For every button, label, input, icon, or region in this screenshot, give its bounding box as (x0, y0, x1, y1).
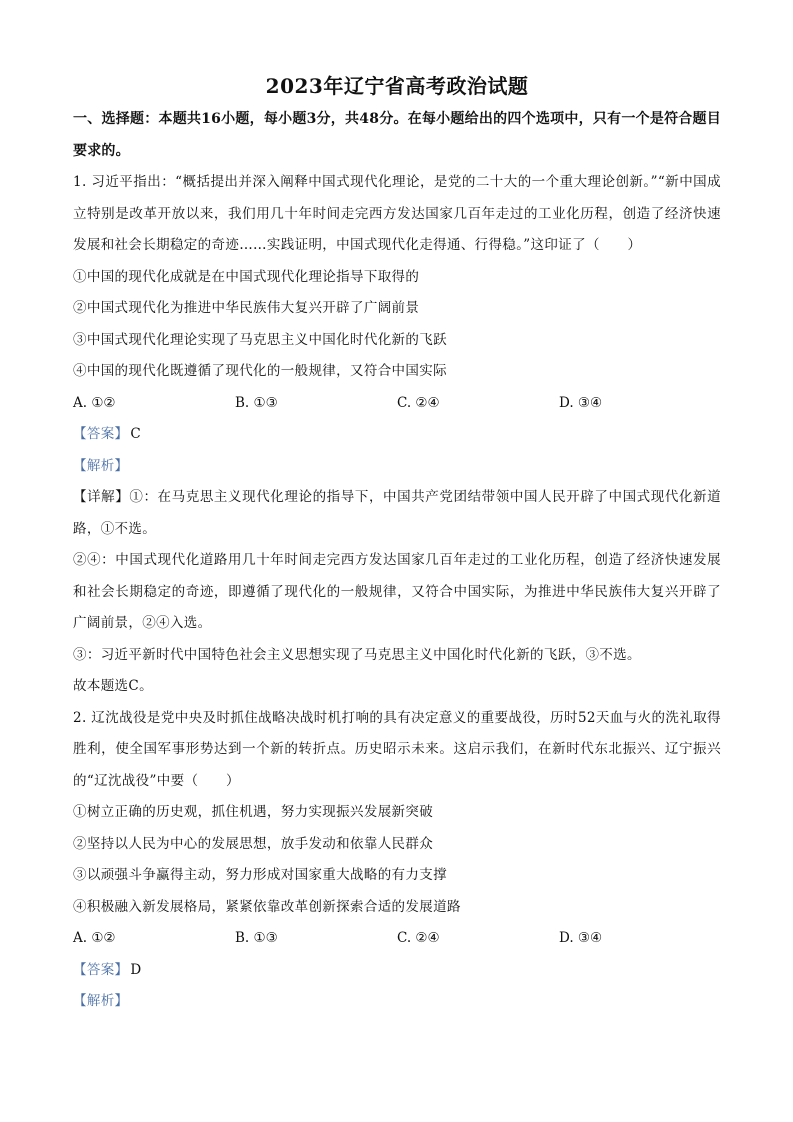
detail-text: ①：在马克思主义现代化理论的指导下，中国共产党团结带领中国人民开辟了中国式现代化… (73, 489, 721, 537)
statement: ④中国的现代化既遵循了现代化的一般规律，又符合中国实际 (73, 356, 721, 388)
question-number: 1. (73, 174, 87, 190)
question-1: 1. 习近平指出：“概括提出并深入阐释中国式现代化理论，是党的二十大的一个重大理… (73, 167, 721, 703)
detail-paragraph: 【详解】①：在马克思主义现代化理论的指导下，中国共产党团结带领中国人民开辟了中国… (73, 482, 721, 545)
page-content: 2023年辽宁省高考政治试题 一、选择题：本题共16小题，每小题3分，共48分。… (73, 72, 721, 1018)
answer-value: C (130, 426, 141, 442)
section-heading: 一、选择题：本题共16小题，每小题3分，共48分。在每小题给出的四个选项中，只有… (73, 104, 721, 167)
detail-paragraph: ③：习近平新时代中国特色社会主义思想实现了马克思主义中国化时代化新的飞跃，③不选… (73, 640, 721, 672)
analysis-line: 【解析】 (73, 986, 721, 1018)
page-title: 2023年辽宁省高考政治试题 (73, 72, 721, 102)
answer-line: 【答案】D (73, 955, 721, 987)
answer-value: D (130, 962, 141, 978)
option-b: B. ①③ (235, 923, 397, 955)
statement: ③中国式现代化理论实现了马克思主义中国化时代化新的飞跃 (73, 325, 721, 357)
question-stem: 1. 习近平指出：“概括提出并深入阐释中国式现代化理论，是党的二十大的一个重大理… (73, 167, 721, 262)
statement: ③以顽强斗争赢得主动，努力形成对国家重大战略的有力支撑 (73, 860, 721, 892)
question-number: 2. (73, 710, 87, 726)
statement: ①中国的现代化成就是在中国式现代化理论指导下取得的 (73, 262, 721, 294)
question-stem: 2. 辽沈战役是党中央及时抓住战略决战时机打响的具有决定意义的重要战役，历时52… (73, 703, 721, 798)
analysis-label: 【解析】 (73, 993, 128, 1009)
analysis-line: 【解析】 (73, 451, 721, 483)
detail-conclusion: 故本题选C。 (73, 671, 721, 703)
statement: ②坚持以人民为中心的发展思想，放手发动和依靠人民群众 (73, 829, 721, 861)
options-row: A. ①② B. ①③ C. ②④ D. ③④ (73, 388, 721, 420)
answer-line: 【答案】C (73, 419, 721, 451)
option-a: A. ①② (73, 388, 235, 420)
option-b: B. ①③ (235, 388, 397, 420)
options-row: A. ①② B. ①③ C. ②④ D. ③④ (73, 923, 721, 955)
option-d: D. ③④ (559, 388, 721, 420)
question-stem-text: 辽沈战役是党中央及时抓住战略决战时机打响的具有决定意义的重要战役，历时52天血与… (73, 710, 721, 789)
document-page: 2023年辽宁省高考政治试题 一、选择题：本题共16小题，每小题3分，共48分。… (0, 0, 793, 1122)
option-c: C. ②④ (397, 388, 559, 420)
detail-label: 【详解】 (73, 489, 129, 505)
question-2: 2. 辽沈战役是党中央及时抓住战略决战时机打响的具有决定意义的重要战役，历时52… (73, 703, 721, 1018)
option-a: A. ①② (73, 923, 235, 955)
statement: ④积极融入新发展格局，紧紧依靠改革创新探索合适的发展道路 (73, 892, 721, 924)
answer-label: 【答案】 (73, 962, 128, 978)
answer-label: 【答案】 (73, 426, 128, 442)
option-c: C. ②④ (397, 923, 559, 955)
analysis-label: 【解析】 (73, 458, 128, 474)
statement: ②中国式现代化为推进中华民族伟大复兴开辟了广阔前景 (73, 293, 721, 325)
option-d: D. ③④ (559, 923, 721, 955)
question-stem-text: 习近平指出：“概括提出并深入阐释中国式现代化理论，是党的二十大的一个重大理论创新… (73, 174, 721, 253)
statement: ①树立正确的历史观，抓住机遇，努力实现振兴发展新突破 (73, 797, 721, 829)
detail-paragraph: ②④：中国式现代化道路用几十年时间走完西方发达国家几百年走过的工业化历程，创造了… (73, 545, 721, 640)
